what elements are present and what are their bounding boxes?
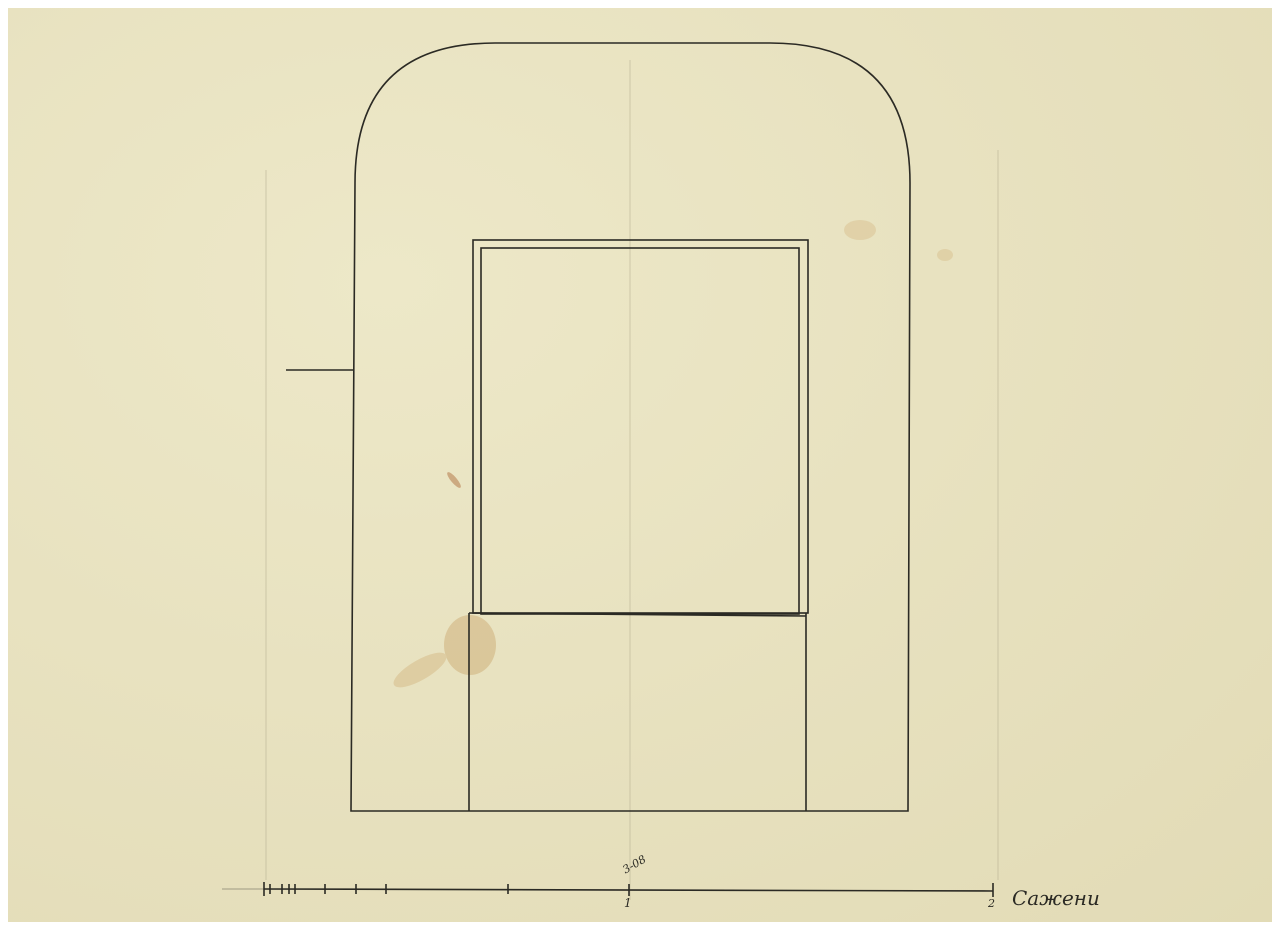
construction-lines: [266, 60, 998, 900]
inner-frame-outer: [473, 240, 808, 613]
scale-bar: [222, 882, 993, 897]
inner-frame-inner: [481, 248, 799, 614]
scale-tick-label-1: 1: [624, 896, 632, 910]
scale-tick-label-2: 2: [988, 897, 995, 910]
scale-unit-label: Сажени: [1012, 886, 1100, 910]
floor-plan: [0, 0, 1280, 934]
